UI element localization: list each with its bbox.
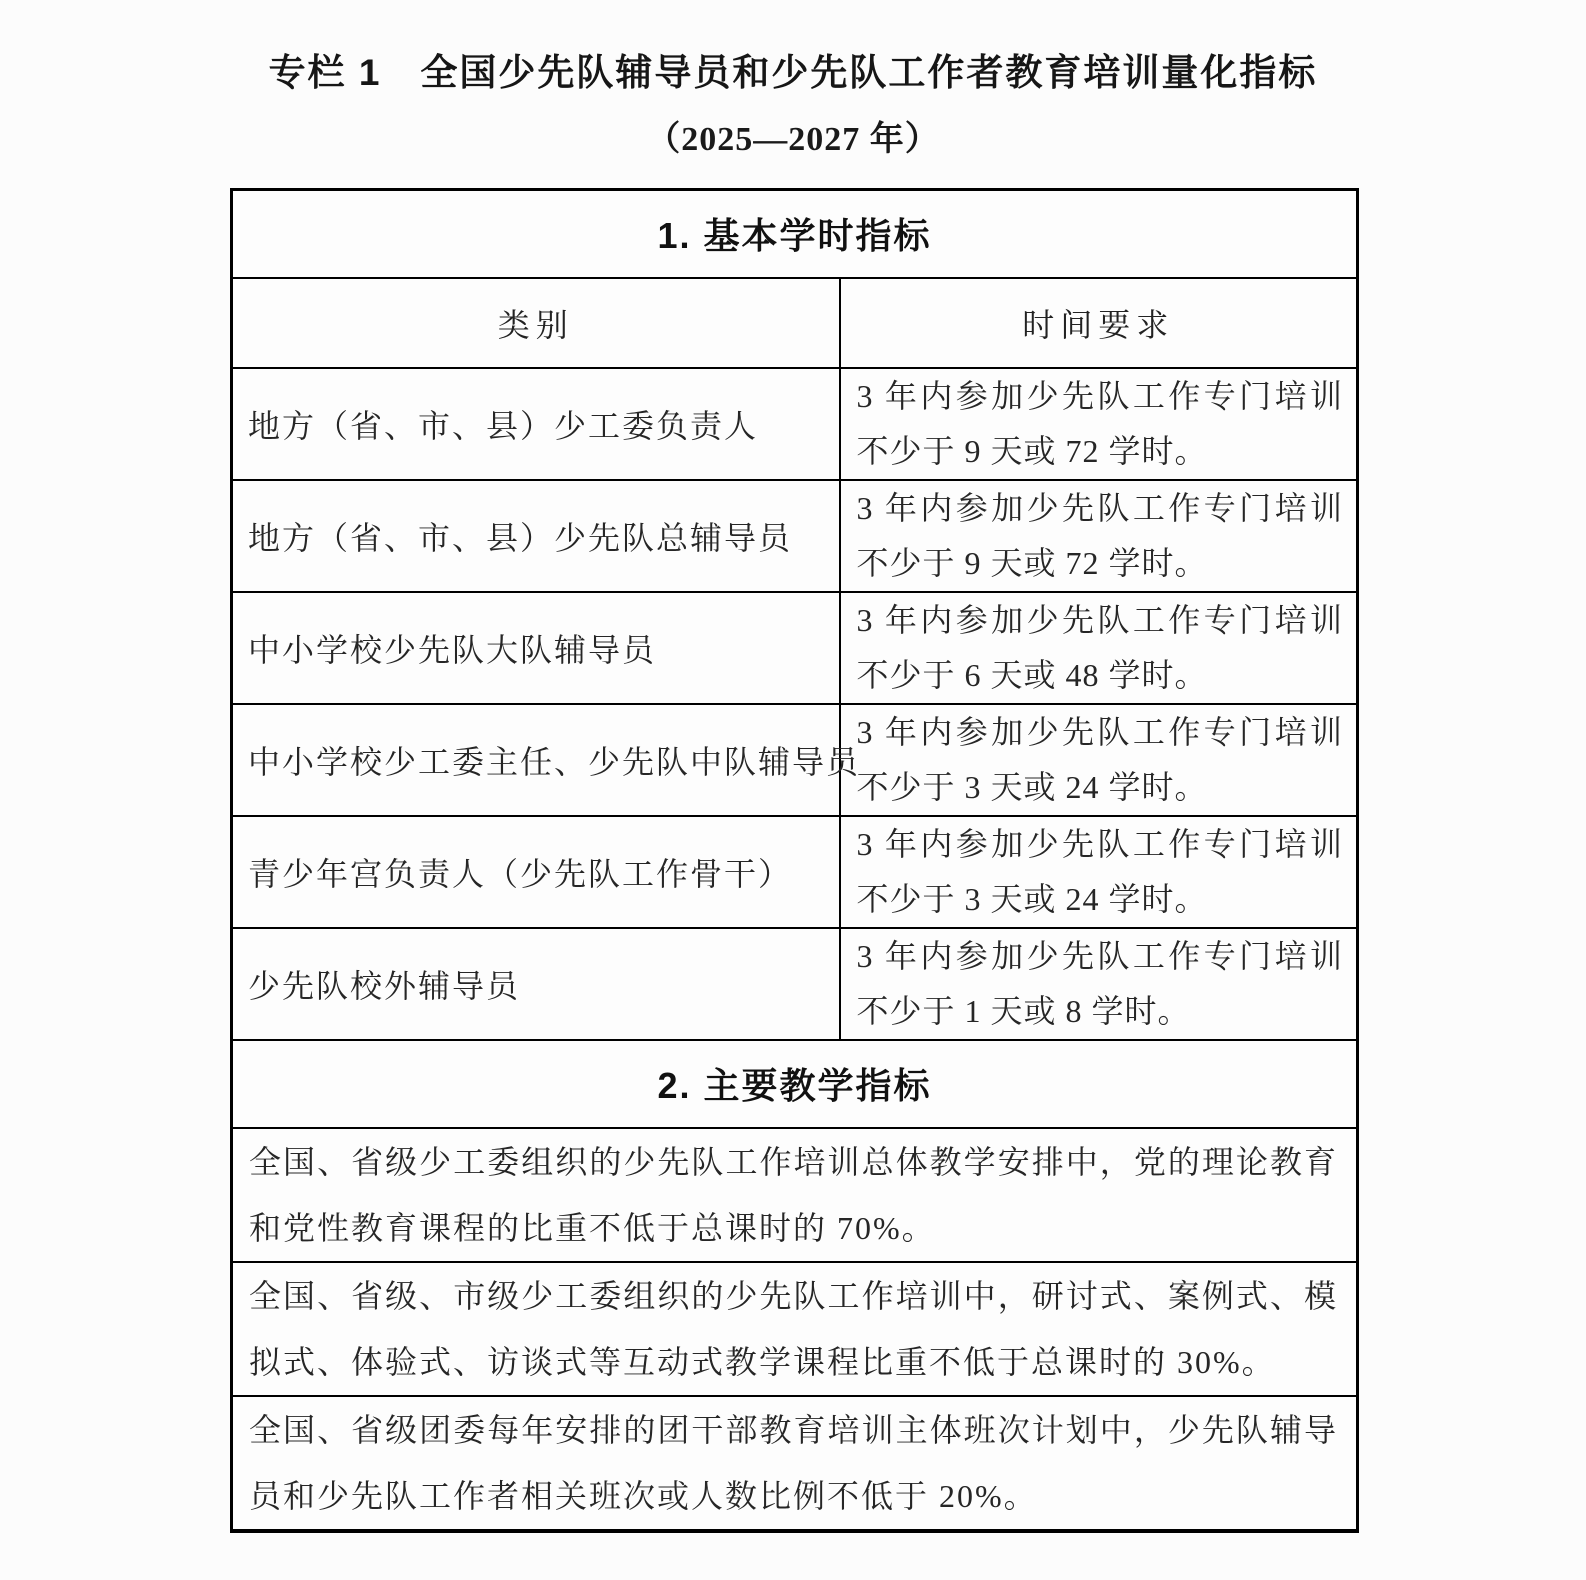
- category-cell: 少先队校外辅导员: [232, 928, 840, 1040]
- table-row: 地方（省、市、县）少先队总辅导员 3 年内参加少先队工作专门培训不少于 9 天或…: [232, 480, 1358, 592]
- section-2-heading: 2. 主要教学指标: [232, 1040, 1358, 1128]
- training-indicators-table: 1. 基本学时指标 类别 时间要求 地方（省、市、县）少工委负责人 3 年内参加…: [230, 188, 1359, 1533]
- requirement-cell: 3 年内参加少先队工作专门培训不少于 6 天或 48 学时。: [840, 592, 1358, 704]
- table-row: 少先队校外辅导员 3 年内参加少先队工作专门培训不少于 1 天或 8 学时。: [232, 928, 1358, 1040]
- table-row: 全国、省级、市级少工委组织的少先队工作培训中，研讨式、案例式、模拟式、体验式、访…: [232, 1262, 1358, 1396]
- table-row: 全国、省级团委每年安排的团干部教育培训主体班次计划中，少先队辅导员和少先队工作者…: [232, 1396, 1358, 1531]
- indicator-text-cell: 全国、省级、市级少工委组织的少先队工作培训中，研讨式、案例式、模拟式、体验式、访…: [232, 1262, 1358, 1396]
- table-row: 中小学校少先队大队辅导员 3 年内参加少先队工作专门培训不少于 6 天或 48 …: [232, 592, 1358, 704]
- category-cell: 地方（省、市、县）少先队总辅导员: [232, 480, 840, 592]
- requirement-cell: 3 年内参加少先队工作专门培训不少于 3 天或 24 学时。: [840, 704, 1358, 816]
- column-header-category: 类别: [232, 278, 840, 368]
- category-cell: 地方（省、市、县）少工委负责人: [232, 368, 840, 480]
- column-header-requirement: 时间要求: [840, 278, 1358, 368]
- page-title: 专栏 1 全国少先队辅导员和少先队工作者教育培训量化指标: [230, 50, 1356, 96]
- requirement-cell: 3 年内参加少先队工作专门培训不少于 9 天或 72 学时。: [840, 480, 1358, 592]
- indicator-text-cell: 全国、省级团委每年安排的团干部教育培训主体班次计划中，少先队辅导员和少先队工作者…: [232, 1396, 1358, 1531]
- category-cell: 中小学校少工委主任、少先队中队辅导员: [232, 704, 840, 816]
- requirement-cell: 3 年内参加少先队工作专门培训不少于 9 天或 72 学时。: [840, 368, 1358, 480]
- document-page: 专栏 1 全国少先队辅导员和少先队工作者教育培训量化指标 （2025—2027 …: [230, 0, 1356, 1533]
- table-row: 地方（省、市、县）少工委负责人 3 年内参加少先队工作专门培训不少于 9 天或 …: [232, 368, 1358, 480]
- indicator-text-cell: 全国、省级少工委组织的少先队工作培训总体教学安排中，党的理论教育和党性教育课程的…: [232, 1128, 1358, 1262]
- section-1-heading: 1. 基本学时指标: [232, 190, 1358, 278]
- requirement-cell: 3 年内参加少先队工作专门培训不少于 1 天或 8 学时。: [840, 928, 1358, 1040]
- page-subtitle: （2025—2027 年）: [230, 120, 1356, 161]
- category-cell: 青少年宫负责人（少先队工作骨干）: [232, 816, 840, 928]
- category-cell: 中小学校少先队大队辅导员: [232, 592, 840, 704]
- requirement-cell: 3 年内参加少先队工作专门培训不少于 3 天或 24 学时。: [840, 816, 1358, 928]
- table-row: 青少年宫负责人（少先队工作骨干） 3 年内参加少先队工作专门培训不少于 3 天或…: [232, 816, 1358, 928]
- table-row: 中小学校少工委主任、少先队中队辅导员 3 年内参加少先队工作专门培训不少于 3 …: [232, 704, 1358, 816]
- section-2-heading-row: 2. 主要教学指标: [232, 1040, 1358, 1128]
- table-row: 全国、省级少工委组织的少先队工作培训总体教学安排中，党的理论教育和党性教育课程的…: [232, 1128, 1358, 1262]
- section-1-heading-row: 1. 基本学时指标: [232, 190, 1358, 278]
- column-header-row: 类别 时间要求: [232, 278, 1358, 368]
